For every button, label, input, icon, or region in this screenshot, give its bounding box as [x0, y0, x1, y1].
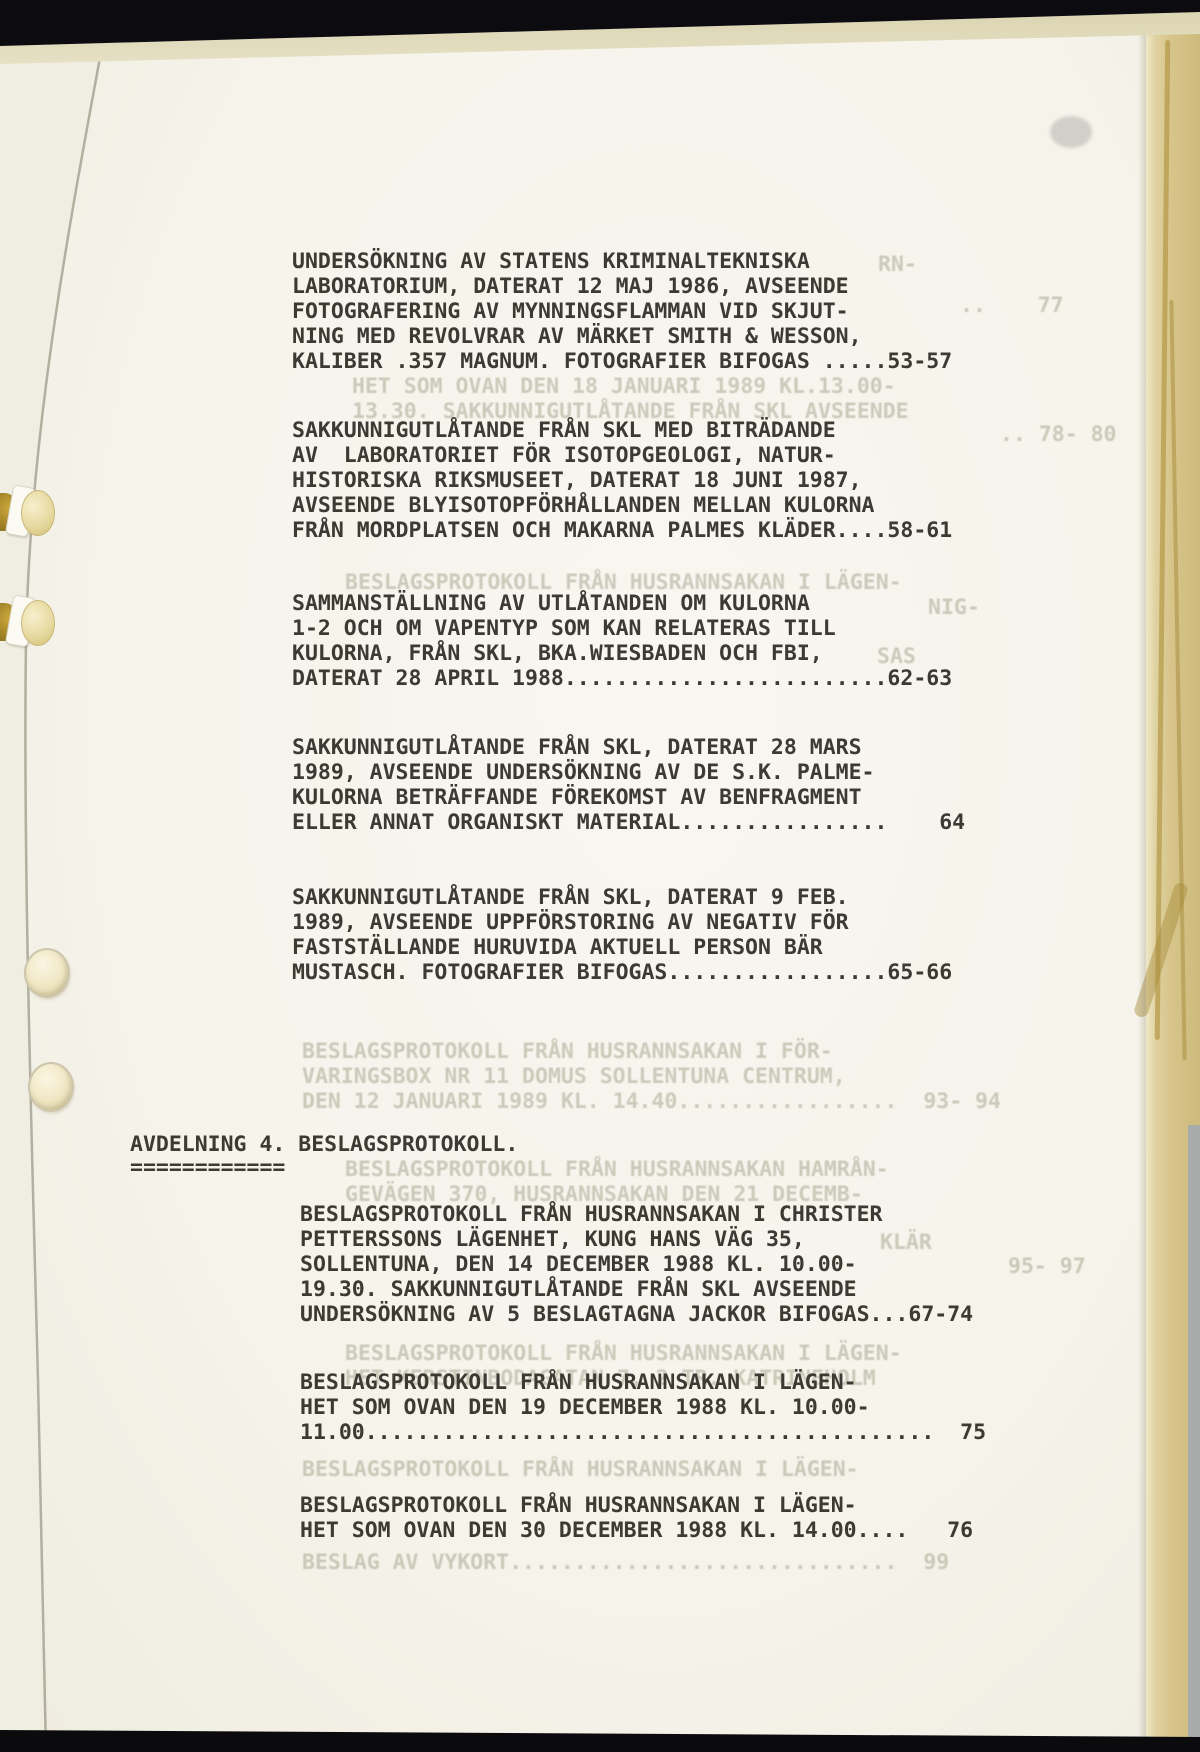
scanner-background-sliver — [1188, 1125, 1200, 1737]
edge-streak — [1169, 300, 1186, 1060]
ghost-line: BESLAGSPROTOKOLL FRÅN HUSRANNSAKAN I FÖR… — [302, 1040, 833, 1065]
ghost-line: BESLAGSPROTOKOLL FRÅN HUSRANNSAKAN I LÄG… — [345, 1342, 902, 1367]
punch-hole — [24, 948, 70, 998]
toc-entry: SAKKUNNIGUTLÅTANDE FRÅN SKL MED BITRÄDAN… — [292, 419, 952, 544]
page-fold-edge — [0, 0, 130, 1752]
ghost-line: VARINGSBOX NR 11 DOMUS SOLLENTUNA CENTRU… — [302, 1065, 846, 1090]
ghost-line: DEN 12 JANUARI 1989 KL. 14.40...........… — [302, 1090, 1001, 1115]
toc-entry: BESLAGSPROTOKOLL FRÅN HUSRANNSAKAN I LÄG… — [300, 1494, 973, 1544]
binder-clasp — [0, 594, 56, 648]
toc-entry: UNDERSÖKNING AV STATENS KRIMINALTEKNISKA… — [292, 250, 952, 375]
ghost-line: 95- 97 — [1008, 1255, 1086, 1280]
page-edge-shadow — [1138, 0, 1146, 1752]
ghost-line: .. 78- 80 — [1000, 423, 1117, 448]
ghost-line: HET SOM OVAN DEN 18 JANUARI 1989 KL.13.0… — [352, 375, 896, 400]
toc-entry: SAKKUNNIGUTLÅTANDE FRÅN SKL, DATERAT 28 … — [292, 736, 965, 836]
toc-entry: BESLAGSPROTOKOLL FRÅN HUSRANNSAKAN I CHR… — [300, 1203, 973, 1328]
scanned-document-page: RN- .. 77 HET SOM OVAN DEN 18 JANUARI 19… — [0, 0, 1200, 1752]
paper-smudge — [1050, 116, 1092, 148]
ghost-line: BESLAG AV VYKORT........................… — [302, 1551, 949, 1576]
binder-clasp — [0, 484, 56, 538]
ghost-line: BESLAGSPROTOKOLL FRÅN HUSRANNSAKAN I LÄG… — [302, 1458, 859, 1483]
toc-entry: SAMMANSTÄLLNING AV UTLÅTANDEN OM KULORNA… — [292, 592, 952, 692]
ghost-line: .. 77 — [960, 294, 1064, 319]
toc-entry: SAKKUNNIGUTLÅTANDE FRÅN SKL, DATERAT 9 F… — [292, 886, 952, 986]
scan-border-bottom — [0, 1722, 1200, 1752]
clasp-hole — [21, 600, 55, 646]
clasp-hole — [21, 490, 55, 536]
section-heading-underline: ============ — [130, 1156, 285, 1181]
punch-hole — [28, 1062, 74, 1112]
toc-entry: BESLAGSPROTOKOLL FRÅN HUSRANNSAKAN I LÄG… — [300, 1371, 986, 1446]
edge-streak — [1155, 40, 1170, 1040]
ghost-line: BESLAGSPROTOKOLL FRÅN HUSRANNSAKAN HAMRÅ… — [345, 1158, 889, 1183]
